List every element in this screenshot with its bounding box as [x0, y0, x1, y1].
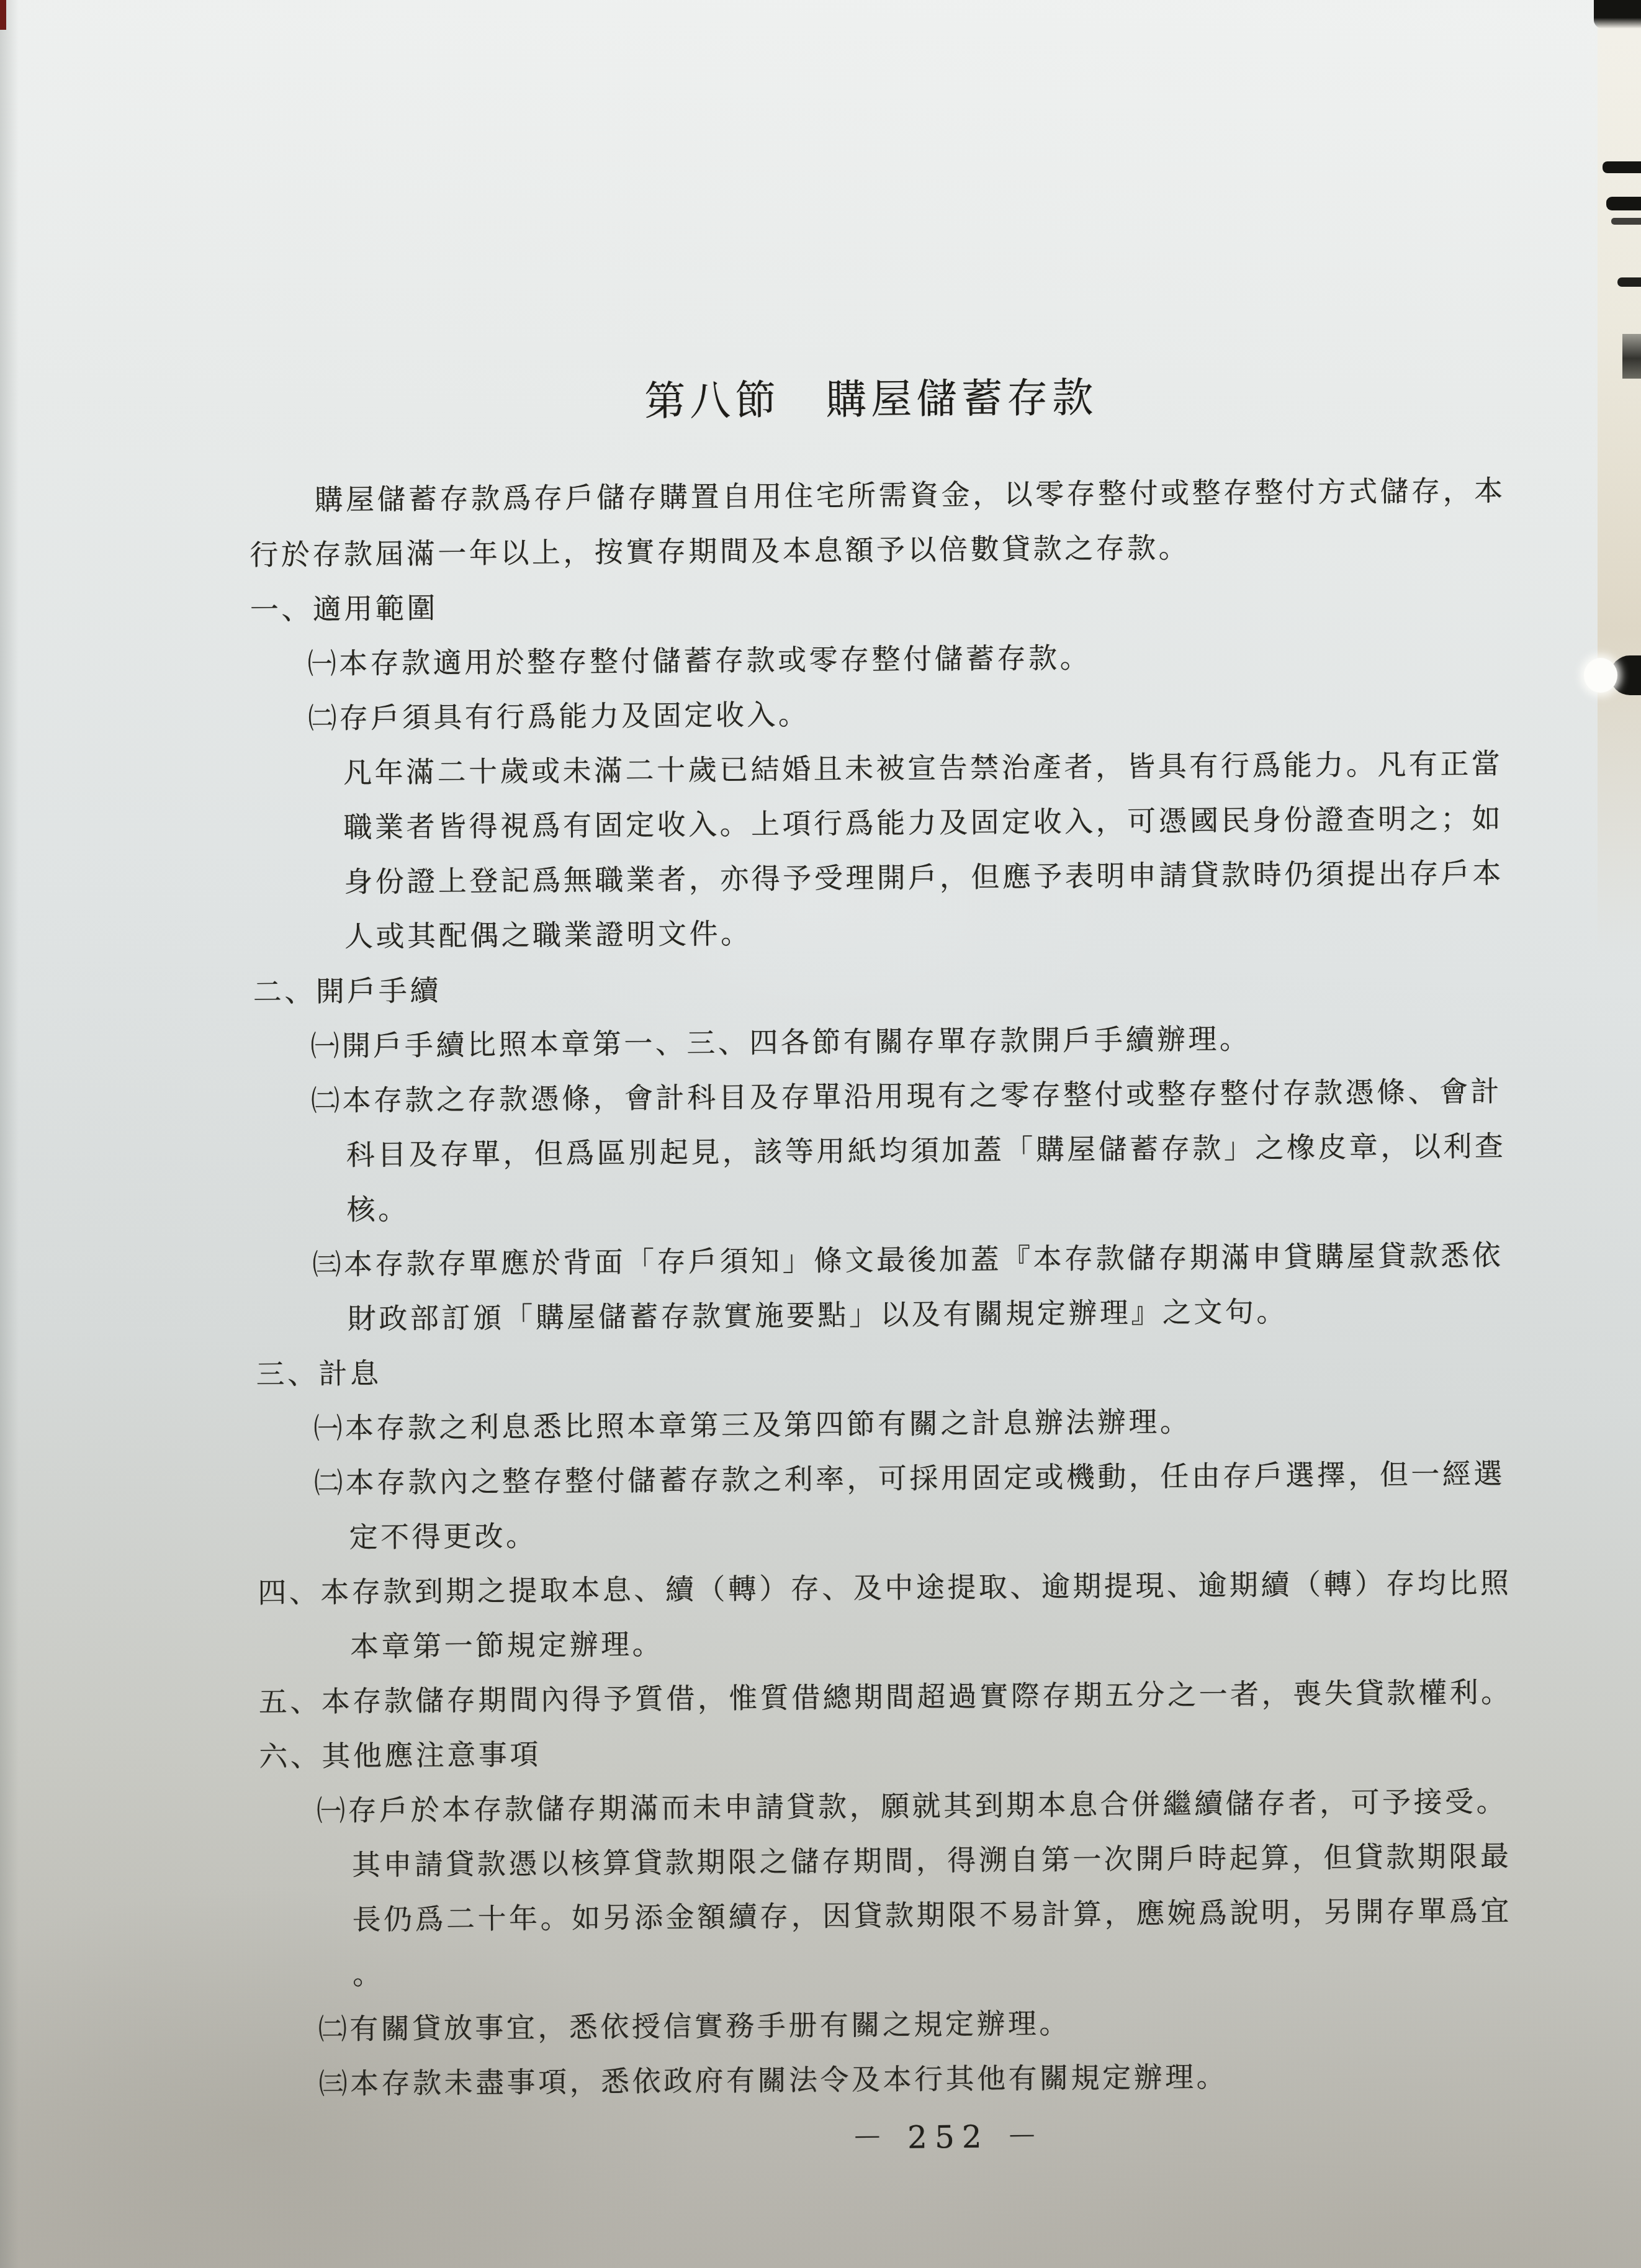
text-line: ㈢本存款存單應於背面「存戶須知」條文最後加蓋『本存款儲存期滿申貸購屋貸款悉依: [255, 1227, 1578, 1292]
edge-streak: [1611, 218, 1641, 225]
book-edge-shadow-top: [1594, 0, 1641, 29]
red-corner-mark: [0, 0, 6, 30]
text-line: 財政部訂頒「購屋儲蓄存款實施要點」以及有關規定辦理』之文句。: [256, 1282, 1578, 1347]
text-line: 購屋儲蓄存款爲存戶儲存購置自用住宅所需資金，以零存整付或整存整付方式儲存，本: [249, 462, 1571, 528]
text-line: 。: [261, 1937, 1583, 2002]
text-line: ㈡本存款內之整存整付儲蓄存款之利率，可採用固定或機動，任由存戶選擇，但一經選: [257, 1446, 1580, 1511]
edge-streak: [1606, 197, 1641, 210]
text-line: ㈠本存款適用於整存整付儲蓄存款或零存整付儲蓄存款。: [250, 626, 1573, 691]
text-line: 二、開戶手續: [253, 954, 1575, 1019]
left-edge-shade: [0, 0, 19, 2268]
text-line: 人或其配偶之職業證明文件。: [253, 899, 1575, 965]
text-line: 身份證上登記爲無職業者，亦得予受理開戶，但應予表明申請貸款時仍須提出存戶本: [252, 845, 1575, 910]
text-line: ㈠本存款之利息悉比照本章第三及第四節有關之計息辦法辦理。: [256, 1391, 1579, 1456]
edge-streak: [1603, 161, 1641, 173]
text-line: ㈡有關貸放事宜，悉依授信實務手册有關之規定辦理。: [261, 1992, 1584, 2057]
text-line: 凡年滿二十歲或未滿二十歲已結婚且未被宣告禁治產者，皆具有行爲能力。凡有正當: [251, 736, 1574, 801]
text-line: 四、本存款到期之提取本息、續（轉）存、及中途提取、逾期提現、逾期續（轉）存均比照: [258, 1555, 1580, 1620]
text-line: ㈠存戶於本存款儲存期滿而未申請貸款，願就其到期本息合併繼續儲存者，可予接受。: [259, 1773, 1582, 1838]
text-line: ㈢本存款未盡事項，悉依政府有關法令及本行其他有關規定辦理。: [261, 2046, 1584, 2112]
text-line: 科目及存單，但爲區別起見，該等用紙均須加蓋「購屋儲蓄存款」之橡皮章，以利查: [254, 1118, 1577, 1183]
page-notch-highlight: [1584, 658, 1617, 693]
text-line: 三、計息: [256, 1336, 1578, 1402]
document-title: 第八節 購屋儲蓄存款: [248, 364, 1571, 473]
page-number: － 252 －: [262, 2107, 1584, 2162]
text-line: 其申請貸款憑以核算貸款期限之儲存期間，得溯自第一次開戶時起算，但貸款期限最: [260, 1828, 1583, 1893]
text-line: 定不得更改。: [257, 1500, 1580, 1565]
text-line: 本章第一節規定辦理。: [258, 1609, 1581, 1675]
text-line: ㈡存戶須具有行爲能力及固定收入。: [251, 681, 1573, 746]
text-line: 長仍爲二十年。如另添金額續存，因貸款期限不易計算，應婉爲說明，另開存單爲宜: [260, 1883, 1583, 1948]
text-line: ㈡本存款之存款憑條，會計科目及存單沿用現有之零存整付或整存整付存款憑條、會計: [254, 1063, 1576, 1128]
edge-streak: [1617, 277, 1641, 287]
text-line: 一、適用範圍: [250, 572, 1573, 637]
text-line: 行於存款屆滿一年以上，按實存期間及本息額予以倍數貸款之存款。: [250, 517, 1572, 582]
text-line: ㈠開戶手續比照本章第一、三、四各節有關存單存款開戶手續辦理。: [253, 1009, 1576, 1074]
text-block: 購屋儲蓄存款爲存戶儲存購置自用住宅所需資金，以零存整付或整存整付方式儲存，本行於…: [249, 462, 1584, 2112]
book-edge-band: [1598, 0, 1641, 968]
text-line: 五、本存款儲存期間內得予質借，惟質借總期間超過實際存期五分之一者，喪失貸款權利。: [258, 1664, 1581, 1729]
page-content: 第八節 購屋儲蓄存款 購屋儲蓄存款爲存戶儲存購置自用住宅所需資金，以零存整付或整…: [248, 364, 1585, 2162]
scanned-page: 第八節 購屋儲蓄存款 購屋儲蓄存款爲存戶儲存購置自用住宅所需資金，以零存整付或整…: [0, 0, 1641, 2268]
edge-streak: [1622, 334, 1641, 379]
text-line: 六、其他應注意事項: [259, 1719, 1581, 1784]
text-line: 職業者皆得視爲有固定收入。上項行爲能力及固定收入，可憑國民身份證查明之；如: [251, 790, 1574, 855]
text-line: 核。: [254, 1172, 1577, 1238]
